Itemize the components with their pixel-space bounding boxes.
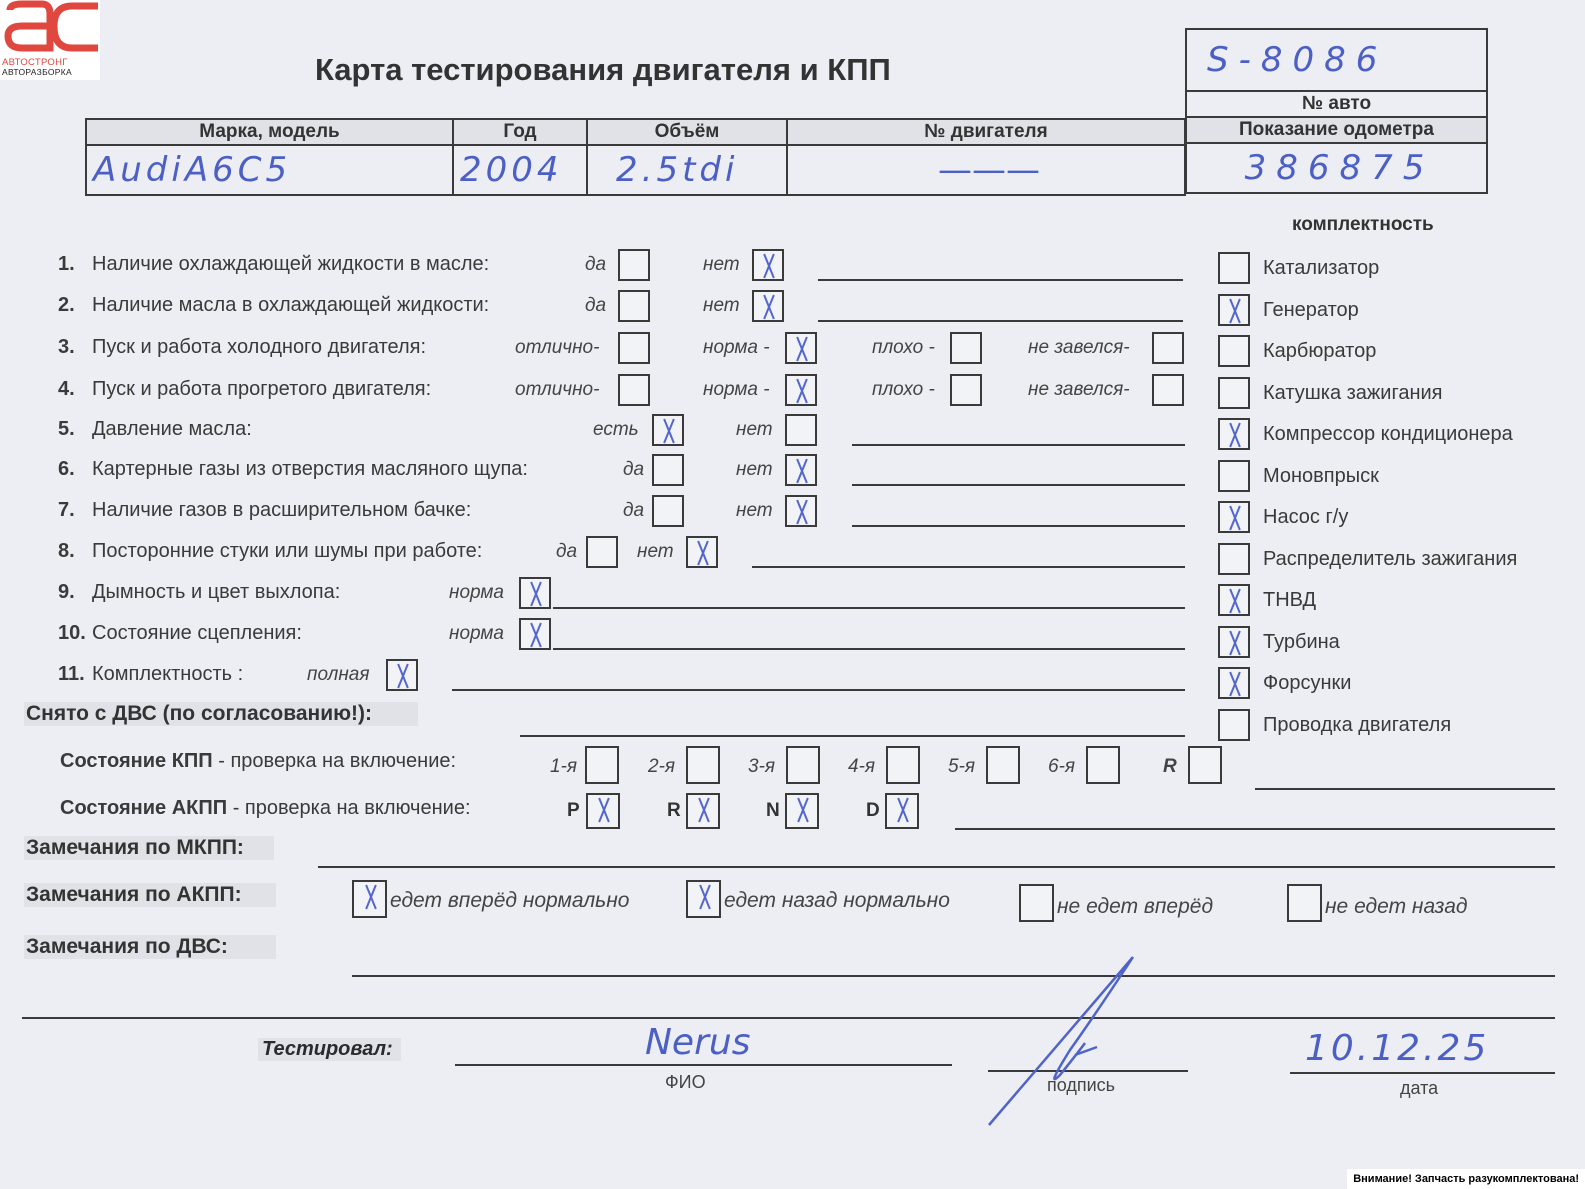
completeness-checkbox-11[interactable]	[1218, 667, 1250, 699]
check-question-10: 10.Состояние сцепления:	[58, 622, 302, 645]
col-make-model: Марка, модель	[86, 119, 453, 145]
check-note-line[interactable]	[553, 648, 1185, 650]
option-label: нет	[637, 541, 674, 563]
checkbox-6-2[interactable]	[785, 454, 817, 486]
odometer-value[interactable]: 386875	[1186, 143, 1487, 193]
kpp-gear-checkbox-5[interactable]	[986, 746, 1020, 784]
check-question-8: 8.Посторонние стуки или шумы при работе:	[58, 540, 482, 563]
removed-line[interactable]	[520, 735, 1185, 737]
check-label: Дымность и цвет выхлопа:	[92, 581, 340, 603]
option-label: да	[585, 295, 606, 317]
col-year: Год	[453, 119, 587, 145]
checkbox-4-3[interactable]	[950, 374, 982, 406]
checkbox-3-4[interactable]	[1152, 332, 1184, 364]
warning-label: Внимание! Запчасть разукомплектована!	[1347, 1169, 1585, 1189]
checkbox-3-1[interactable]	[618, 332, 650, 364]
option-label: да	[556, 541, 577, 563]
akpp-remark-checkbox-1[interactable]	[352, 880, 387, 918]
completeness-item-label: Моновпрыск	[1263, 465, 1379, 488]
akpp-note-line[interactable]	[955, 828, 1555, 830]
checkbox-1-1[interactable]	[618, 249, 650, 281]
check-label: Посторонние стуки или шумы при работе:	[92, 540, 482, 562]
brand-subtitle: АВТОРАЗБОРКА	[2, 67, 72, 77]
check-question-5: 5.Давление масла:	[58, 418, 252, 441]
completeness-checkbox-2[interactable]	[1218, 294, 1250, 326]
completeness-checkbox-3[interactable]	[1218, 335, 1250, 367]
option-label: плохо -	[872, 337, 935, 359]
dvs-remarks-line[interactable]	[352, 975, 1555, 977]
check-question-1: 1.Наличие охлаждающей жидкости в масле:	[58, 253, 489, 276]
akpp-gear-label: R	[667, 800, 681, 822]
odometer-label: Показание одометра	[1186, 117, 1487, 143]
option-label: да	[623, 500, 644, 522]
check-note-line[interactable]	[752, 566, 1185, 568]
completeness-item-label: ТНВД	[1263, 589, 1316, 612]
checkbox-9-1[interactable]	[519, 577, 551, 609]
col-volume: Объём	[587, 119, 787, 145]
check-number: 1.	[58, 253, 92, 276]
akpp-remark-label: не едет назад	[1325, 895, 1467, 919]
check-number: 9.	[58, 581, 92, 604]
check-question-4: 4.Пуск и работа прогретого двигателя:	[58, 378, 431, 401]
checkbox-3-2[interactable]	[785, 332, 817, 364]
completeness-checkbox-6[interactable]	[1218, 460, 1250, 492]
akpp-gear-label: P	[567, 800, 580, 822]
kpp-gear-checkbox-1[interactable]	[585, 746, 619, 784]
date-value[interactable]: 10.12.25	[1305, 1028, 1489, 1069]
kpp-gear-label: 4-я	[848, 756, 875, 778]
checkbox-7-2[interactable]	[785, 495, 817, 527]
checkbox-8-2[interactable]	[686, 536, 718, 568]
volume-value[interactable]: 2.5tdi	[587, 145, 787, 195]
akpp-remarks-label: Замечания по АКПП:	[24, 883, 276, 907]
signature-mark[interactable]	[985, 955, 1145, 1130]
year-value[interactable]: 2004	[453, 145, 587, 195]
mkpp-remarks-label: Замечания по МКПП:	[24, 836, 274, 860]
kpp-gear-checkbox-6[interactable]	[1086, 746, 1120, 784]
kpp-gear-label: 5-я	[948, 756, 975, 778]
check-label: Наличие охлаждающей жидкости в масле:	[92, 253, 489, 275]
akpp-gear-label: N	[766, 800, 780, 822]
option-label: не завелся-	[1028, 379, 1130, 401]
kpp-note-line[interactable]	[1255, 788, 1555, 790]
check-number: 3.	[58, 336, 92, 359]
completeness-checkbox-12[interactable]	[1218, 709, 1250, 741]
checkbox-4-4[interactable]	[1152, 374, 1184, 406]
signature-caption: подпись	[1047, 1075, 1115, 1096]
checkbox-7-1[interactable]	[652, 495, 684, 527]
completeness-item-label: Катушка зажигания	[1263, 382, 1443, 405]
completeness-checkbox-8[interactable]	[1218, 543, 1250, 575]
akpp-remark-checkbox-4[interactable]	[1287, 884, 1322, 922]
option-label: нет	[736, 419, 773, 441]
completeness-checkbox-7[interactable]	[1218, 501, 1250, 533]
option-label: нет	[703, 254, 740, 276]
option-label: нет	[736, 459, 773, 481]
option-label: не завелся-	[1028, 337, 1130, 359]
option-label: да	[585, 254, 606, 276]
kpp-gear-label: R	[1163, 756, 1177, 778]
vehicle-info-table: Марка, модель Год Объём № двигателя Audi…	[85, 118, 1186, 196]
completeness-item-label: Форсунки	[1263, 672, 1351, 695]
check-note-line[interactable]	[452, 689, 1185, 691]
option-label: отлично-	[515, 337, 599, 359]
checkbox-4-1[interactable]	[618, 374, 650, 406]
option-label: нет	[703, 295, 740, 317]
check-question-6: 6.Картерные газы из отверстия масляного …	[58, 458, 528, 481]
check-number: 10.	[58, 622, 92, 645]
option-label: норма	[449, 582, 504, 604]
akpp-gear-checkbox-4[interactable]	[885, 793, 919, 829]
kpp-label: Состояние КПП - проверка на включение:	[60, 750, 456, 773]
company-logo: АВТОСТРОНГ АВТОРАЗБОРКА	[0, 0, 100, 80]
kpp-gear-label: 1-я	[550, 756, 577, 778]
completeness-item-label: Распределитель зажигания	[1263, 548, 1517, 571]
completeness-checkbox-4[interactable]	[1218, 377, 1250, 409]
completeness-item-label: Катализатор	[1263, 257, 1379, 280]
check-label: Комплектность :	[92, 663, 243, 685]
option-label: отлично-	[515, 379, 599, 401]
checkbox-10-1[interactable]	[519, 618, 551, 650]
kpp-gear-checkbox-4[interactable]	[886, 746, 920, 784]
checkbox-5-1[interactable]	[652, 414, 684, 446]
completeness-title: комплектность	[1292, 214, 1434, 236]
option-label: плохо -	[872, 379, 935, 401]
dvs-remarks-line-2[interactable]	[22, 1017, 1555, 1019]
make-model-value[interactable]: AudiA6C5	[86, 145, 453, 195]
mkpp-remarks-line[interactable]	[318, 866, 1555, 868]
check-number: 5.	[58, 418, 92, 441]
tester-name-value[interactable]: Nerus	[645, 1022, 750, 1063]
tested-by-label: Тестировал:	[258, 1038, 401, 1061]
kpp-gear-label: 2-я	[648, 756, 675, 778]
check-number: 7.	[58, 499, 92, 522]
option-label: полная	[307, 664, 370, 686]
checkbox-8-1[interactable]	[586, 536, 618, 568]
check-number: 8.	[58, 540, 92, 563]
option-label: норма -	[703, 337, 770, 359]
tester-name-line	[455, 1064, 952, 1066]
checkbox-2-1[interactable]	[618, 290, 650, 322]
dvs-remarks-label: Замечания по ДВС:	[24, 935, 276, 959]
check-label: Картерные газы из отверстия масляного щу…	[92, 458, 528, 480]
completeness-item-label: Насос г/у	[1263, 506, 1348, 529]
checkbox-2-2[interactable]	[752, 290, 784, 322]
car-number-label: № авто	[1186, 91, 1487, 117]
date-line	[1290, 1072, 1555, 1074]
completeness-checkbox-9[interactable]	[1218, 584, 1250, 616]
option-label: да	[623, 459, 644, 481]
checkbox-3-3[interactable]	[950, 332, 982, 364]
option-label: норма -	[703, 379, 770, 401]
checkbox-6-1[interactable]	[652, 454, 684, 486]
kpp-gear-label: 6-я	[1048, 756, 1075, 778]
check-label: Наличие газов в расширительном бачке:	[92, 499, 471, 521]
kpp-gear-checkbox-2[interactable]	[686, 746, 720, 784]
check-question-2: 2.Наличие масла в охлаждающей жидкости:	[58, 294, 489, 317]
check-note-line[interactable]	[852, 525, 1185, 527]
engine-number-value[interactable]: ———	[787, 145, 1185, 195]
checkbox-11-1[interactable]	[386, 659, 418, 691]
kpp-gear-label: 3-я	[748, 756, 775, 778]
akpp-gear-checkbox-3[interactable]	[785, 793, 819, 829]
check-question-7: 7.Наличие газов в расширительном бачке:	[58, 499, 471, 522]
akpp-remark-checkbox-2[interactable]	[686, 880, 721, 918]
completeness-checkbox-10[interactable]	[1218, 626, 1250, 658]
kpp-gear-checkbox-7[interactable]	[1188, 746, 1222, 784]
check-number: 4.	[58, 378, 92, 401]
option-label: есть	[593, 419, 639, 441]
check-number: 11.	[58, 663, 92, 686]
option-label: норма	[449, 623, 504, 645]
car-number-value[interactable]: S-8086	[1186, 29, 1487, 91]
ac-logo-icon	[2, 0, 100, 56]
kpp-gear-checkbox-3[interactable]	[786, 746, 820, 784]
completeness-item-label: Генератор	[1263, 299, 1359, 322]
check-label: Пуск и работа холодного двигателя:	[92, 336, 426, 358]
completeness-item-label: Турбина	[1263, 631, 1340, 654]
akpp-remark-label: едет назад нормально	[724, 889, 950, 913]
checkbox-5-2[interactable]	[785, 414, 817, 446]
akpp-gear-checkbox-1[interactable]	[586, 793, 620, 829]
check-question-3: 3.Пуск и работа холодного двигателя:	[58, 336, 426, 359]
check-number: 6.	[58, 458, 92, 481]
check-question-9: 9.Дымность и цвет выхлопа:	[58, 581, 340, 604]
completeness-item-label: Компрессор кондиционера	[1263, 423, 1513, 446]
col-engine-number: № двигателя	[787, 119, 1185, 145]
check-label: Наличие масла в охлаждающей жидкости:	[92, 294, 489, 316]
completeness-item-label: Карбюратор	[1263, 340, 1376, 363]
checkbox-4-2[interactable]	[785, 374, 817, 406]
akpp-label: Состояние АКПП - проверка на включение:	[60, 797, 471, 820]
completeness-checkbox-5[interactable]	[1218, 418, 1250, 450]
removed-label: Снято с ДВС (по согласованию!):	[24, 702, 418, 726]
checkbox-1-2[interactable]	[752, 249, 784, 281]
akpp-remark-label: едет вперёд нормально	[390, 889, 629, 913]
akpp-remark-label: не едет вперёд	[1057, 895, 1213, 919]
check-label: Давление масла:	[92, 418, 252, 440]
akpp-gear-checkbox-2[interactable]	[686, 793, 720, 829]
name-caption: ФИО	[665, 1072, 706, 1093]
completeness-item-label: Проводка двигателя	[1263, 714, 1451, 737]
check-label: Состояние сцепления:	[92, 622, 302, 644]
akpp-gear-label: D	[866, 800, 880, 822]
check-note-line[interactable]	[818, 320, 1183, 322]
car-info-table: S-8086 № авто Показание одометра 386875	[1185, 28, 1488, 194]
check-note-line[interactable]	[852, 484, 1185, 486]
completeness-checkbox-1[interactable]	[1218, 252, 1250, 284]
check-note-line[interactable]	[553, 607, 1185, 609]
option-label: нет	[736, 500, 773, 522]
check-label: Пуск и работа прогретого двигателя:	[92, 378, 431, 400]
akpp-remark-checkbox-3[interactable]	[1019, 884, 1054, 922]
check-number: 2.	[58, 294, 92, 317]
page-title: Карта тестирования двигателя и КПП	[315, 52, 891, 88]
check-question-11: 11.Комплектность :	[58, 663, 243, 686]
check-note-line[interactable]	[818, 279, 1183, 281]
date-caption: дата	[1400, 1078, 1438, 1099]
check-note-line[interactable]	[852, 444, 1185, 446]
